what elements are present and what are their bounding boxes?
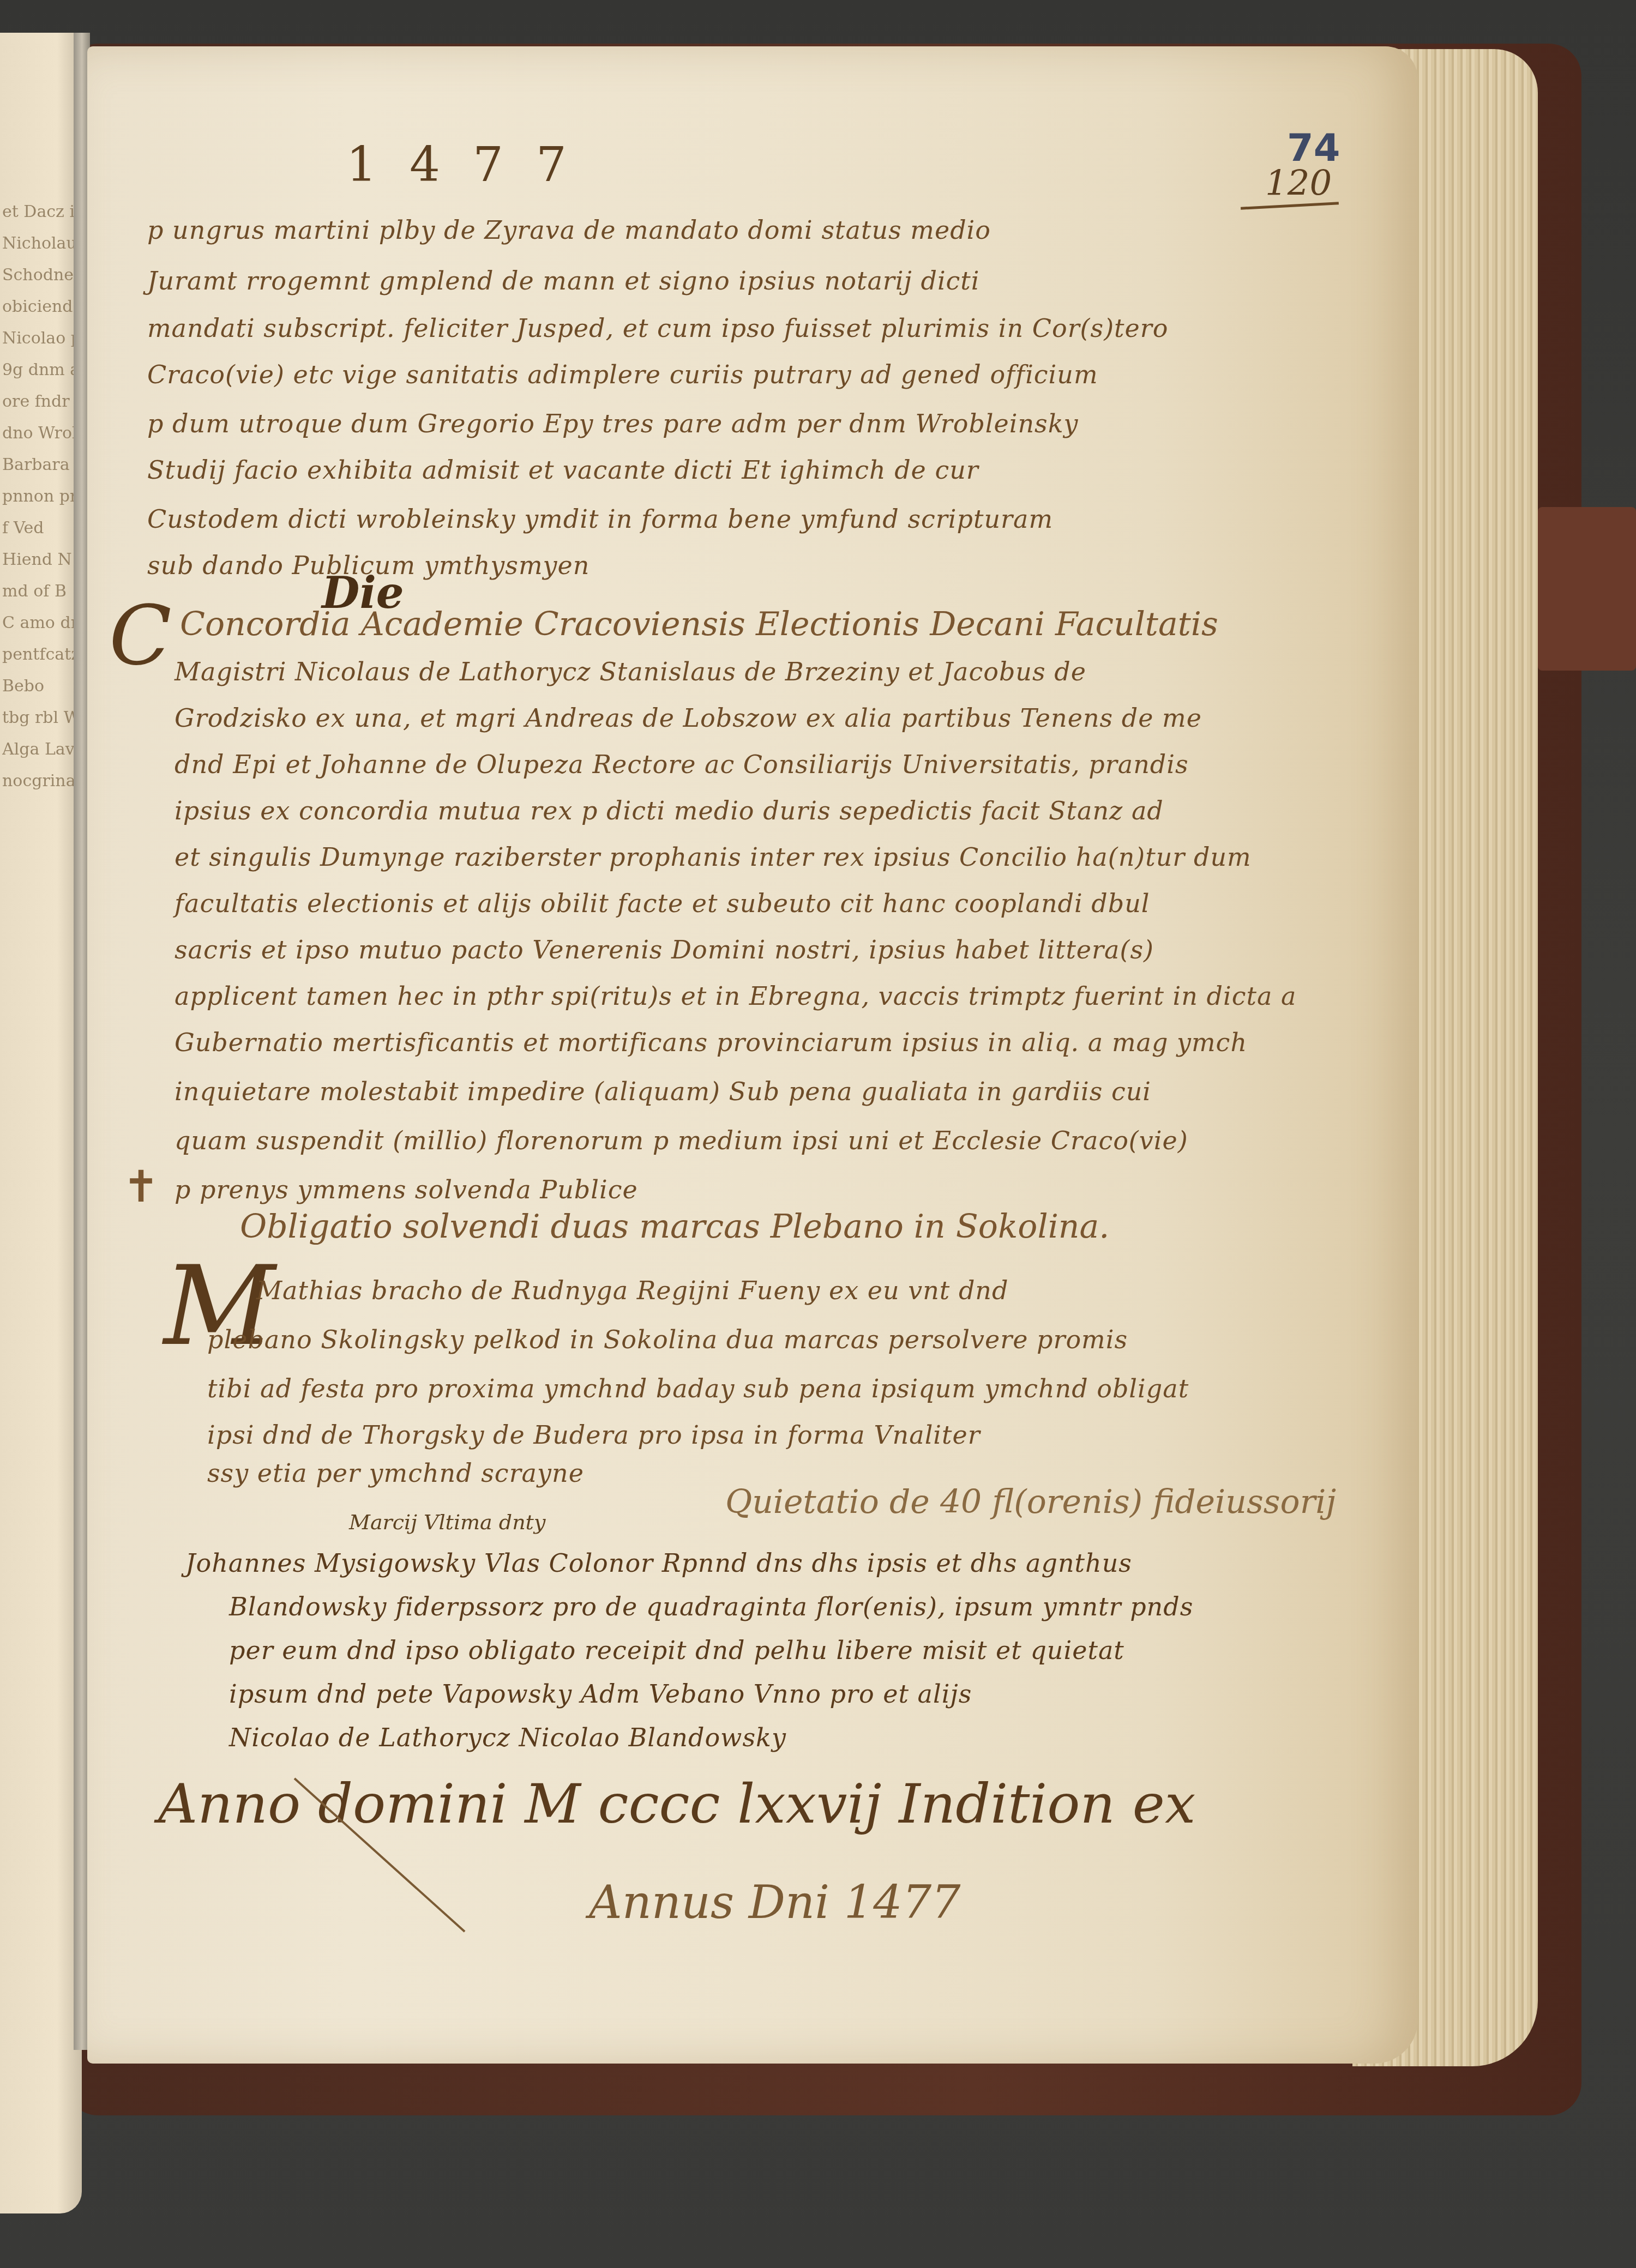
left-line: ore fndr et: [2, 386, 79, 418]
section-heading: Quietatio de 40 fl(orenis) fideiussorij: [725, 1483, 1336, 1521]
text-line: ipsi dnd de Thorgsky de Budera pro ipsa …: [207, 1420, 981, 1450]
text-line: Grodzisko ex una, et mgri Andreas de Lob…: [175, 703, 1202, 733]
text-line: Custodem dicti wrobleinsky ymdit in form…: [147, 504, 1053, 534]
text-line: per eum dnd ipso obligato receipit dnd p…: [229, 1636, 1124, 1665]
text-line: p dum utroque dum Gregorio Epy tres pare…: [147, 409, 1079, 438]
left-line: C amo dnd: [2, 607, 79, 639]
left-line: f Ved: [2, 512, 79, 544]
text-line: inquietare molestabit impedire (aliquam)…: [175, 1077, 1151, 1106]
left-line: Nicolao pris: [2, 323, 79, 354]
text-line: Craco(vie) etc vige sanitatis adimplere …: [147, 360, 1098, 389]
text-line: ssy etia per ymchnd scrayne: [207, 1458, 584, 1488]
left-line: et Dacz in: [2, 196, 79, 228]
left-line: nocgrina Nov: [2, 765, 79, 797]
text-line: sacris et ipso mutuo pacto Venerenis Dom…: [175, 935, 1154, 964]
text-line: ipsius ex concordia mutua rex p dicti me…: [175, 796, 1164, 825]
left-line: 9g dnm ad ca: [2, 354, 79, 386]
left-line: pnnon pro: [2, 481, 79, 512]
text-line: p ungrus martini plby de Zyrava de manda…: [147, 215, 991, 245]
left-line: pentfcatz: [2, 639, 79, 671]
text-line: dnd Epi et Johanne de Olupeza Rectore ac…: [175, 750, 1189, 779]
text-line: ipsum dnd pete Vapowsky Adm Vebano Vnno …: [229, 1679, 972, 1709]
text-line: mandati subscript. feliciter Jusped, et …: [147, 313, 1169, 343]
annus-domini-line: Annus Dni 1477: [589, 1875, 961, 1929]
text-line: Johannes Mysigowsky Vlas Colonor Rpnnd d…: [185, 1548, 1132, 1578]
left-line: Schodne ex et: [2, 260, 79, 291]
text-line: Juramt rrogemnt gmplend de mann et signo…: [147, 266, 980, 295]
text-line: Magistri Nicolaus de Lathorycz Stanislau…: [175, 657, 1086, 686]
cross-mark-icon: ✝: [123, 1161, 159, 1212]
left-page-text: et Dacz in Nicholaug ed Schodne ex et ob…: [2, 196, 79, 797]
left-line: Nicholaug ed: [2, 228, 79, 260]
text-line: Studij facio exhibita admisit et vacante…: [147, 455, 979, 485]
section-heading: Obligatio solvendi duas marcas Plebano i…: [240, 1208, 1109, 1246]
text-line: plebano Skolingsky pelkod in Sokolina du…: [207, 1325, 1128, 1354]
text-line: Blandowsky fiderpssorz pro de quadragint…: [229, 1592, 1193, 1621]
left-line: tbg rbl Wy: [2, 702, 79, 734]
text-line: Gubernatio mertisficantis et mortificans…: [175, 1028, 1247, 1057]
cover-clasp-tab: [1538, 507, 1636, 671]
text-line: et singulis Dumynge raziberster prophani…: [175, 842, 1252, 872]
folio-number-ink: 120: [1265, 164, 1332, 204]
text-line: Nicolao de Lathorycz Nicolao Blandowsky: [229, 1723, 786, 1752]
left-line: Bebo: [2, 671, 79, 702]
text-line: tibi ad festa pro proxima ymchnd baday s…: [207, 1374, 1189, 1403]
left-line: dno Wrobl: [2, 418, 79, 449]
left-line: obiciend: [2, 291, 79, 323]
anno-domini-line: Anno domini M cccc lxxvij Indition ex: [158, 1772, 1195, 1836]
left-line: md of B: [2, 576, 79, 607]
left-line: Barbara: [2, 449, 79, 481]
left-line: Hiend N: [2, 544, 79, 576]
date-note: Marcij Vltima dnty: [349, 1510, 545, 1534]
left-page-fragment: et Dacz in Nicholaug ed Schodne ex et ob…: [0, 33, 82, 2213]
year-header: 1477: [346, 136, 599, 192]
text-line: applicent tamen hec in pthr spi(ritu)s e…: [175, 981, 1296, 1011]
section-heading: Concordia Academie Cracoviensis Election…: [180, 605, 1218, 643]
text-line: quam suspendit (millio) florenorum p med…: [175, 1126, 1188, 1155]
text-line: Mathias bracho de Rudnyga Regijni Fueny …: [256, 1276, 1008, 1305]
text-line: facultatis electionis et alijs obilit fa…: [175, 889, 1150, 918]
initial-c-flourish: C: [109, 589, 172, 684]
left-line: Alga Lavo: [2, 734, 79, 765]
text-line: p prenys ymmens solvenda Publice: [175, 1175, 638, 1204]
